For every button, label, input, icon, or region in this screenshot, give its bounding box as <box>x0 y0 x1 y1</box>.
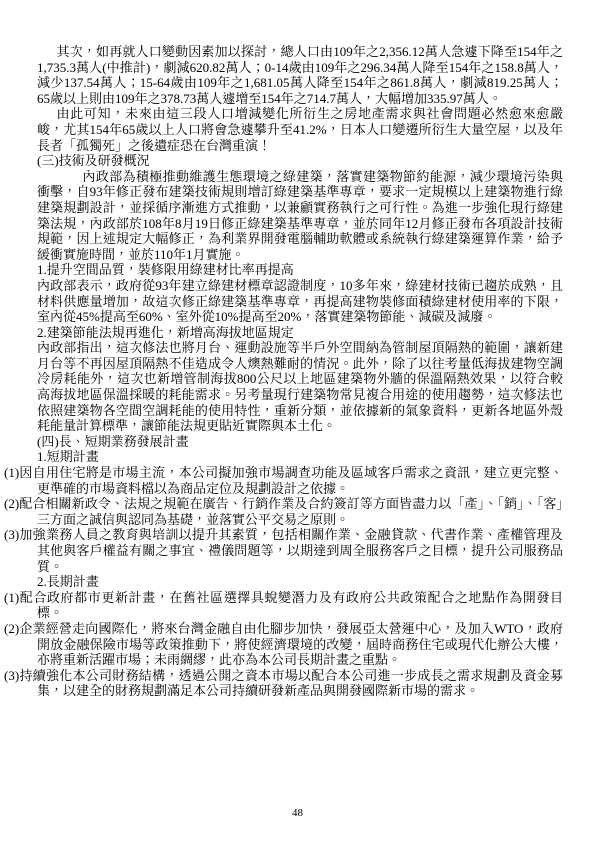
tech-item-1-title: 1.提升空間品質，裝修限用綠建材比率再提高 <box>37 262 563 278</box>
short-term-plan-item-1: (1)因自用住宅將是市場主流，本公司擬加強市場調查功能及區域客戶需求之資訊，建立… <box>37 465 563 496</box>
tech-item-2-body: 內政部指出，這次修法也將月台、運動設施等半戶外空間納為管制屋頂隔熱的範圍，讓新建… <box>37 340 563 434</box>
short-term-plan-title: 1.短期計畫 <box>37 449 563 465</box>
section-heading-tech-rnd: (三)技術及研發概況 <box>37 153 563 169</box>
section-business-plans: (四)長、短期業務發展計畫 1.短期計畫 (1)因自用住宅將是市場主流，本公司擬… <box>37 434 563 699</box>
page-number: 48 <box>0 807 595 820</box>
document-page: 其次，如再就人口變動因素加以探討，總人口由109年之2,356.12萬人急遽下降… <box>0 0 595 842</box>
long-term-plan-item-1: (1)配合政府都市更新計畫，在舊社區選擇具蛻變潛力及有政府公共政策配合之地點作為… <box>37 590 563 621</box>
section-heading-business-plans: (四)長、短期業務發展計畫 <box>37 434 563 450</box>
long-term-plan-item-2: (2)企業經營走向國際化，將來台灣金融自由化腳步加快，發展亞太營運中心，及加入W… <box>37 621 563 668</box>
long-term-plan-title: 2.長期計畫 <box>37 574 563 590</box>
tech-item-1-body: 內政部表示，政府從93年建立綠建材標章認證制度，10多年來，綠建材技術已趨於成熟… <box>37 278 563 325</box>
long-term-plan-item-3: (3)持續強化本公司財務結構，透過公開之資本市場以配合本公司進一步成長之需求規劃… <box>37 668 563 699</box>
section-technology-rnd: (三)技術及研發概況 內政部為積極推動維護生態環境之綠建築，落實建築物節約能源，… <box>37 153 563 434</box>
tech-intro-paragraph: 內政部為積極推動維護生態環境之綠建築，落實建築物節約能源，減少環境污染與衝擊，自… <box>37 169 563 263</box>
short-term-plan-item-3: (3)加強業務人員之教育與培訓以提升其素質，包括相關作業、金融貸款、代書作業、產… <box>37 527 563 574</box>
tech-item-2-title: 2.建築節能法規再進化，新增高海拔地區規定 <box>37 325 563 341</box>
paragraph-population-implication: 由此可知，未來由這三段人口增減變化所衍生之房地產需求與社會問題必然愈來愈嚴峻，尤… <box>37 106 563 153</box>
paragraph-population-trends: 其次，如再就人口變動因素加以探討，總人口由109年之2,356.12萬人急遽下降… <box>37 44 563 106</box>
short-term-plan-item-2: (2)配合相關新政令、法規之規範在廣告、行銷作業及合約簽訂等方面皆盡力以「產」、… <box>37 496 563 527</box>
